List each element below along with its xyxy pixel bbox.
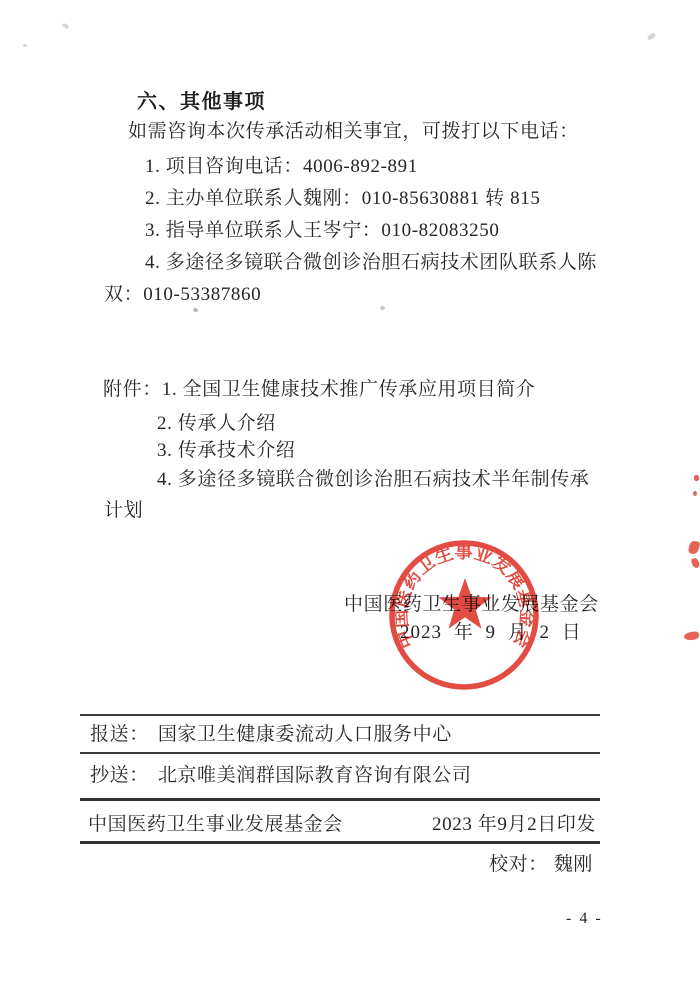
footer-divider-4: [80, 841, 600, 844]
attachment-item-3: 3. 传承技术介绍: [157, 441, 295, 462]
scan-speck: [380, 305, 386, 310]
footer-print-date: 2023 年9月2日印发: [432, 809, 596, 836]
contact-item-1: 1. 项目咨询电话：4006-892-891: [145, 157, 418, 178]
seal-fragment-mark: [694, 475, 699, 481]
proofreader-name: 魏刚: [554, 854, 593, 875]
scan-speck: [23, 44, 27, 47]
attachment-item-4-wrap: 计划: [104, 501, 143, 522]
star-icon: [438, 578, 491, 629]
seal-graphic: 中国医药卫生事业发展基金会: [384, 535, 544, 695]
contact-item-4-wrap: 双：010-53387860: [104, 285, 261, 306]
attachments-line-1: 附件：1. 全国卫生健康技术推广传承应用项目简介: [103, 380, 535, 401]
attachment-item-2: 2. 传承人介绍: [157, 414, 276, 435]
footer-divider-3: [80, 798, 600, 801]
official-seal: 中国医药卫生事业发展基金会: [384, 535, 544, 695]
scan-speck: [192, 307, 198, 312]
scan-speck: [61, 23, 69, 30]
attachment-item-4: 4. 多途径多镜联合微创诊治胆石病技术半年制传承: [157, 470, 589, 491]
scan-speck: [646, 32, 656, 41]
contact-item-3: 3. 指导单位联系人王岑宁：010-82083250: [145, 221, 499, 242]
seal-fragment-mark: [693, 491, 697, 496]
footer-report-row: 报送：国家卫生健康委流动人口服务中心: [90, 725, 452, 746]
contact-item-4: 4. 多途径多镜联合微创诊治胆石病技术团队联系人陈: [145, 253, 597, 274]
proofread-label: 校对：: [489, 854, 548, 875]
document-page: 六、其他事项 如需咨询本次传承活动相关事宜，可拨打以下电话： 1. 项目咨询电话…: [0, 0, 700, 990]
page-number: - 4 -: [566, 910, 603, 927]
footer-divider-2: [80, 752, 600, 754]
contact-item-2: 2. 主办单位联系人魏刚：010-85630881 转 815: [145, 189, 540, 210]
proofread-line: 校对：魏刚: [489, 855, 593, 876]
section-heading: 六、其他事项: [137, 92, 266, 114]
intro-line: 如需咨询本次传承活动相关事宜，可拨打以下电话：: [128, 122, 579, 143]
report-label: 报送：: [90, 724, 149, 745]
seal-fragment-mark: [684, 631, 700, 641]
footer-copy-row: 抄送：北京唯美润群国际教育咨询有限公司: [90, 766, 471, 787]
seal-fragment-mark: [688, 540, 700, 555]
copy-label: 抄送：: [90, 765, 149, 786]
copy-value: 北京唯美润群国际教育咨询有限公司: [158, 765, 472, 786]
seal-fragment-mark: [691, 557, 700, 569]
footer-divider-1: [80, 714, 600, 716]
attachments-label: 附件：: [103, 379, 162, 400]
report-value: 国家卫生健康委流动人口服务中心: [158, 724, 452, 745]
footer-issuer: 中国医药卫生事业发展基金会: [88, 809, 343, 836]
attachment-item-1: 1. 全国卫生健康技术推广传承应用项目简介: [162, 379, 536, 400]
footer-issuer-row: 中国医药卫生事业发展基金会 2023 年9月2日印发: [80, 809, 600, 836]
